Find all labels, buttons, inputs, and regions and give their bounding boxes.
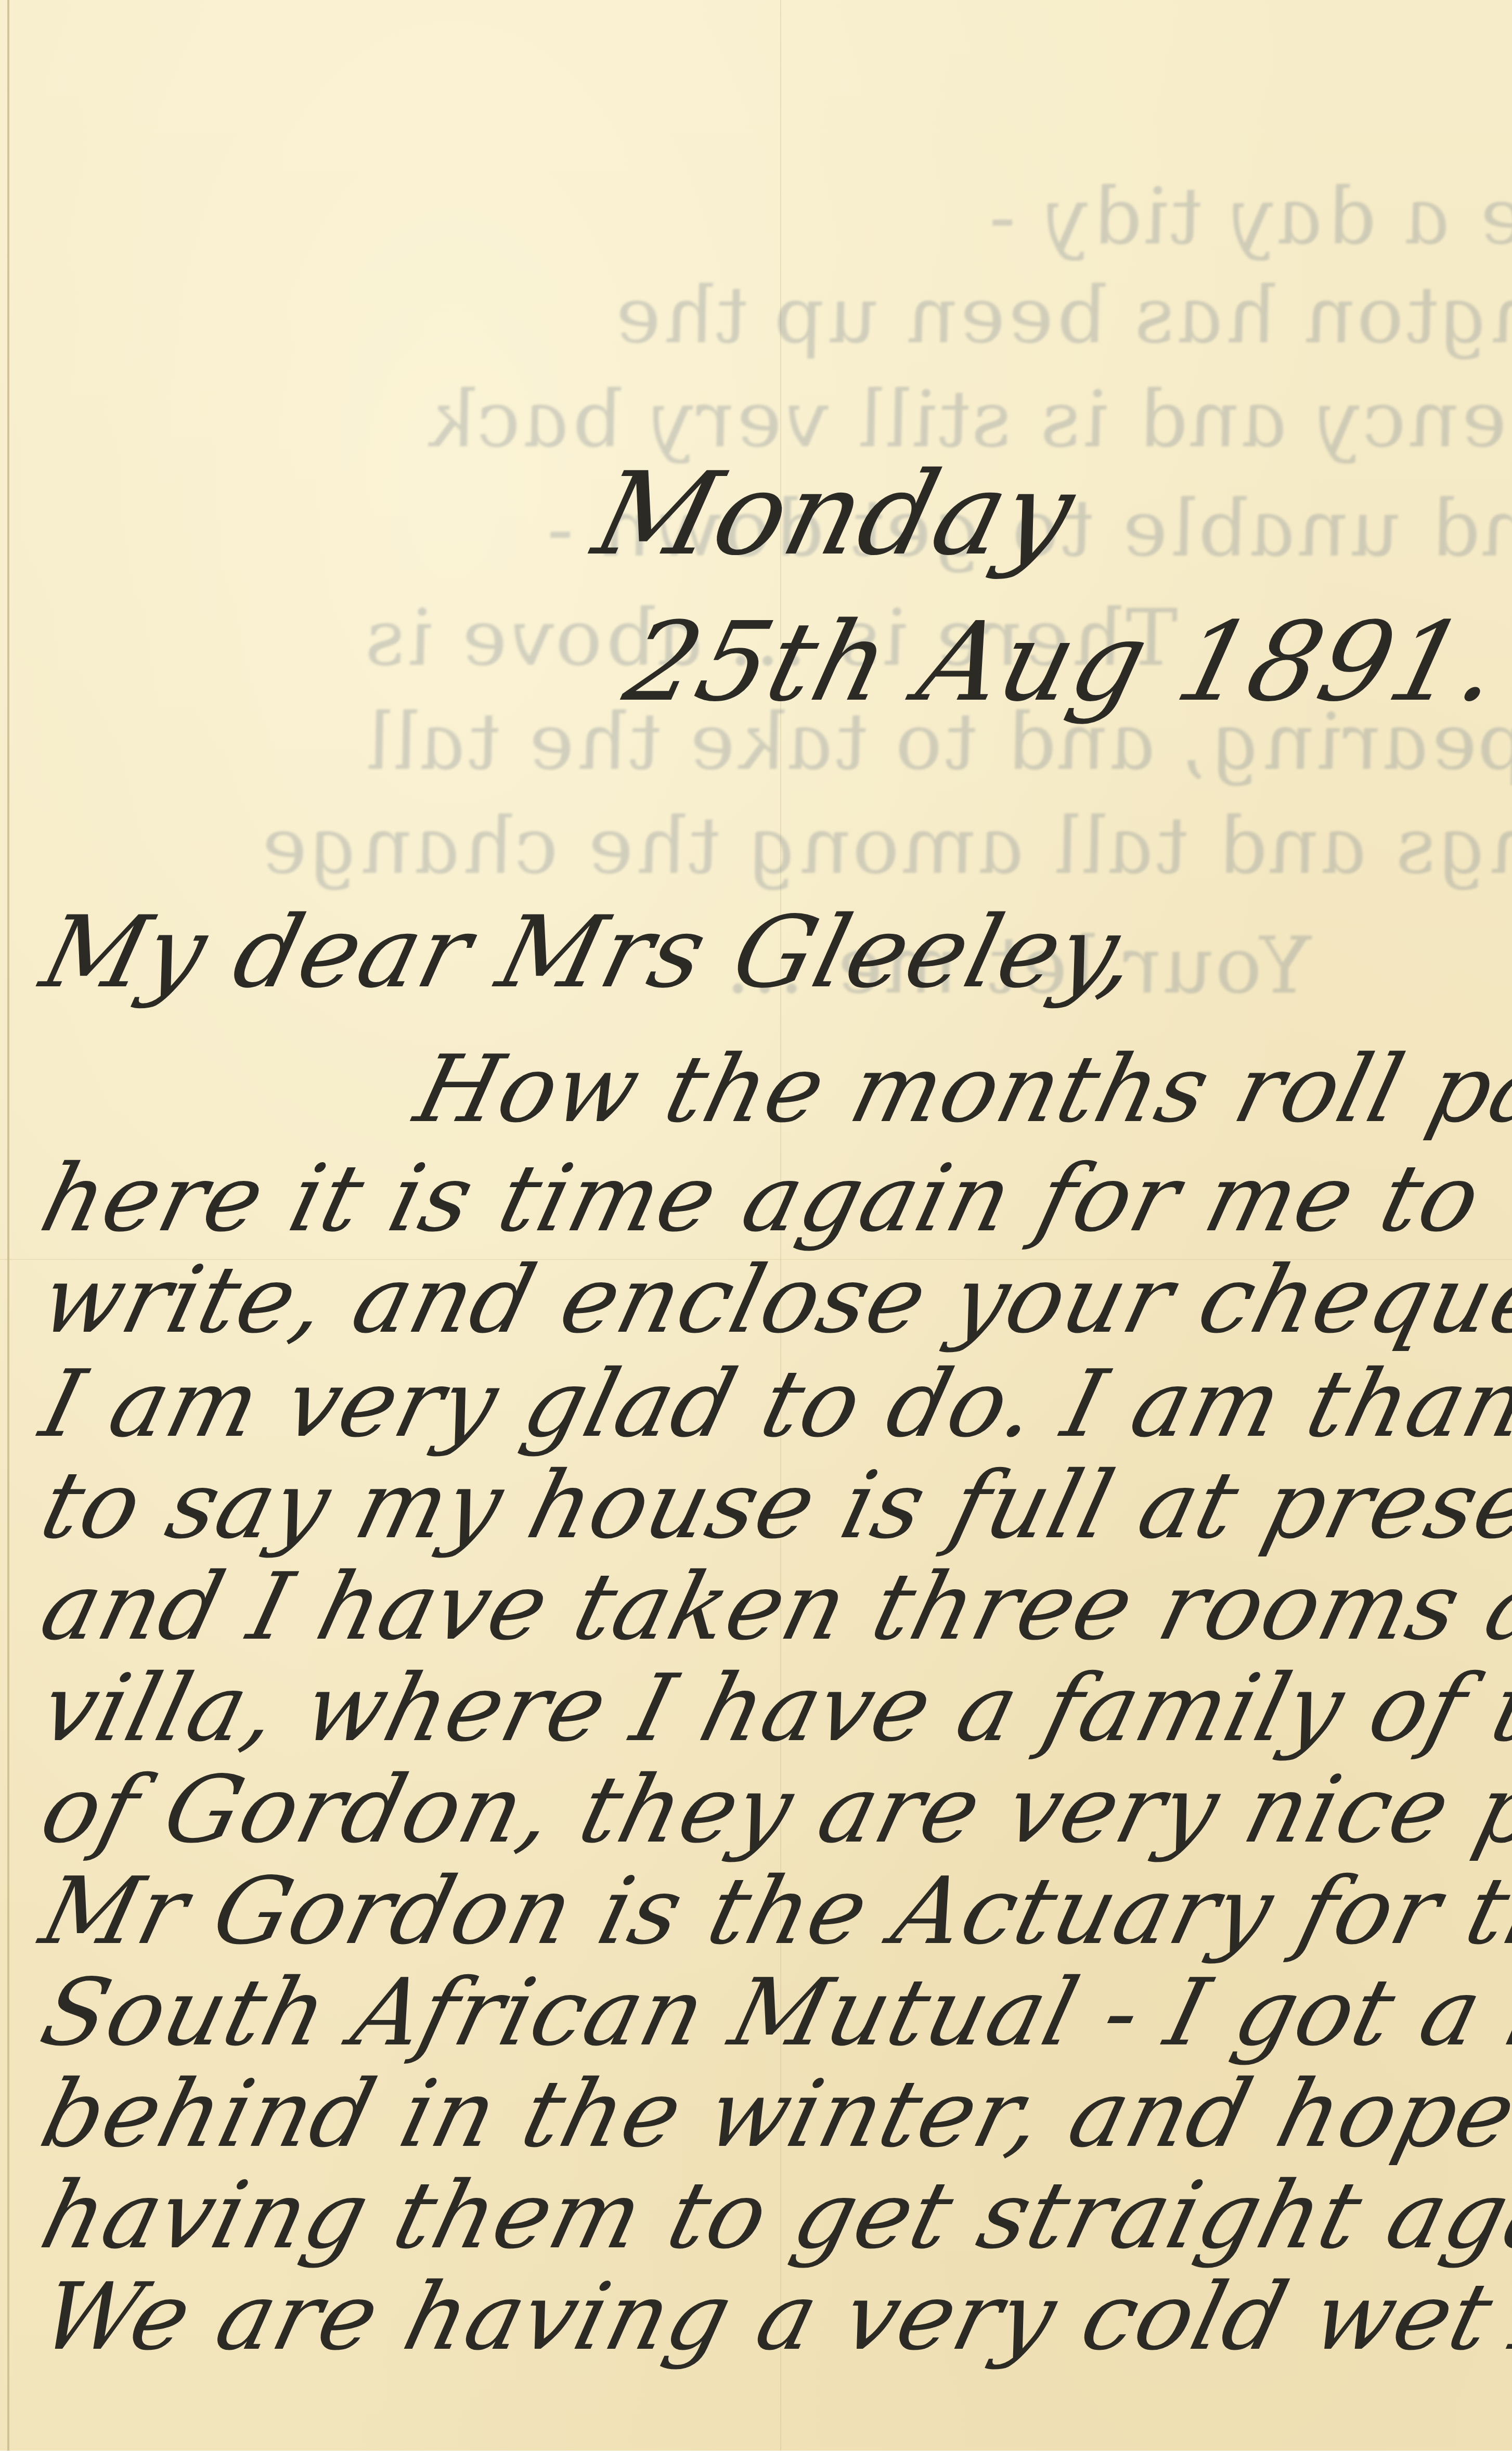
letter-body-line: behind in the winter, and hope by — [31, 2060, 1512, 2168]
letter-body-line: of Gordon, they are very nice people, — [31, 1756, 1512, 1863]
letter-body-line: here it is time again for me to — [31, 1144, 1492, 1252]
letter-body-line: Mr Gordon is the Actuary for the — [31, 1857, 1512, 1965]
scan-bottom-border — [0, 2451, 1512, 2458]
letter-body-line: South African Mutual - I got a little — [31, 1959, 1512, 2066]
letter-body-line: having them to get straight again. — [31, 2161, 1512, 2269]
letter-body-line: villa, where I have a family of the name — [31, 1654, 1512, 1762]
letter-body-line: and I have taken three rooms at Grey — [31, 1553, 1512, 1661]
letter-body-line: We are having a very cold wet August — [31, 2263, 1512, 2371]
letter-body-line: write, and enclose your cheque, which — [31, 1246, 1512, 1354]
letter-body-line: to say my house is full at present — [31, 1451, 1512, 1559]
bleed-through-line: At things and tall among the change — [251, 801, 1512, 892]
bleed-through-line: Mr Millington has been up the — [604, 271, 1512, 361]
paper-left-edge — [7, 0, 9, 2458]
letter-heading-day: Monday — [583, 447, 1088, 581]
letter-body-line: I am very glad to do. I am thankful — [31, 1350, 1512, 1458]
letter-salutation: My dear Mrs Gleeley, — [31, 895, 1151, 1010]
letter-heading-date: 25th Aug 1891. — [614, 598, 1512, 726]
letter-body-line: How the months roll pass — [406, 1035, 1512, 1143]
bleed-through-line: Office a day tidy - — [979, 172, 1512, 262]
